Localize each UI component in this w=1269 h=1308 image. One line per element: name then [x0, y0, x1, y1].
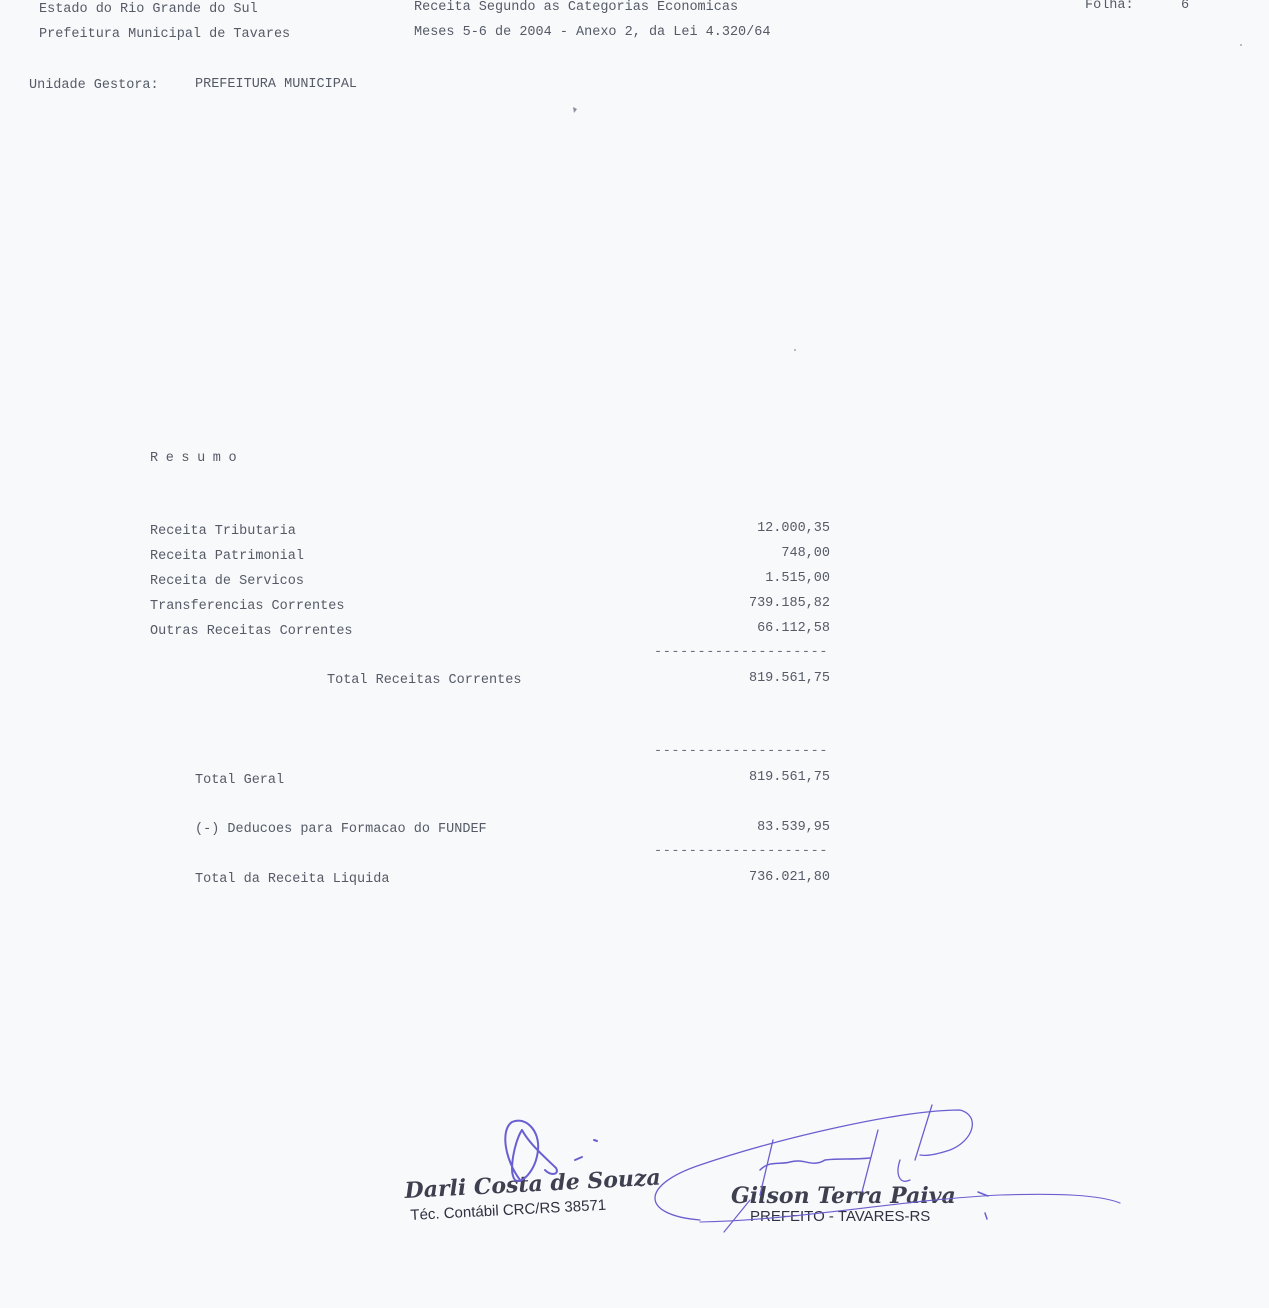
sheet-number: 6 [1181, 0, 1189, 13]
row-label: Receita Patrimonial [150, 550, 304, 564]
report-period: Meses 5-6 de 2004 - Anexo 2, da Lei 4.32… [414, 26, 770, 40]
row-label: Outras Receitas Correntes [150, 625, 353, 639]
total-general-value: 819.561,75 [630, 771, 830, 785]
separator-line: -------------------- [654, 845, 828, 859]
handwritten-signatures-icon [0, 0, 1269, 1308]
row-value: 12.000,35 [630, 522, 830, 536]
unit-label: Unidade Gestora: [29, 79, 159, 93]
row-label: Receita Tributaria [150, 525, 296, 539]
sheet-label: Folha: [1085, 0, 1134, 13]
signatory-role: PREFEITO - TAVARES-RS [750, 1208, 930, 1225]
separator-line: -------------------- [654, 745, 828, 759]
signatory-name: Darli Costa de Souza [404, 1165, 661, 1204]
total-current-value: 819.561,75 [630, 672, 830, 686]
deductions-label: (-) Deducoes para Formacao do FUNDEF [195, 823, 487, 837]
report-title: Receita Segundo as Categorias Economicas [414, 1, 738, 15]
separator-line: -------------------- [654, 646, 828, 660]
row-value: 739.185,82 [630, 597, 830, 611]
row-label: Transferencias Correntes [150, 600, 344, 614]
row-value: 66.112,58 [630, 622, 830, 636]
net-total-value: 736.021,80 [630, 871, 830, 885]
unit-value: PREFEITURA MUNICIPAL [195, 78, 357, 92]
row-value: 1.515,00 [630, 572, 830, 586]
state-name: Estado do Rio Grande do Sul [39, 3, 258, 17]
signatory-name: Gilson Terra Paiva [731, 1183, 956, 1209]
summary-title: Resumo [150, 452, 244, 466]
total-general-label: Total Geral [195, 774, 284, 788]
total-current-label: Total Receitas Correntes [327, 674, 521, 688]
deductions-value: 83.539,95 [630, 821, 830, 835]
municipality-name: Prefeitura Municipal de Tavares [39, 28, 290, 42]
row-value: 748,00 [630, 547, 830, 561]
row-label: Receita de Servicos [150, 575, 304, 589]
net-total-label: Total da Receita Liquida [195, 873, 389, 887]
